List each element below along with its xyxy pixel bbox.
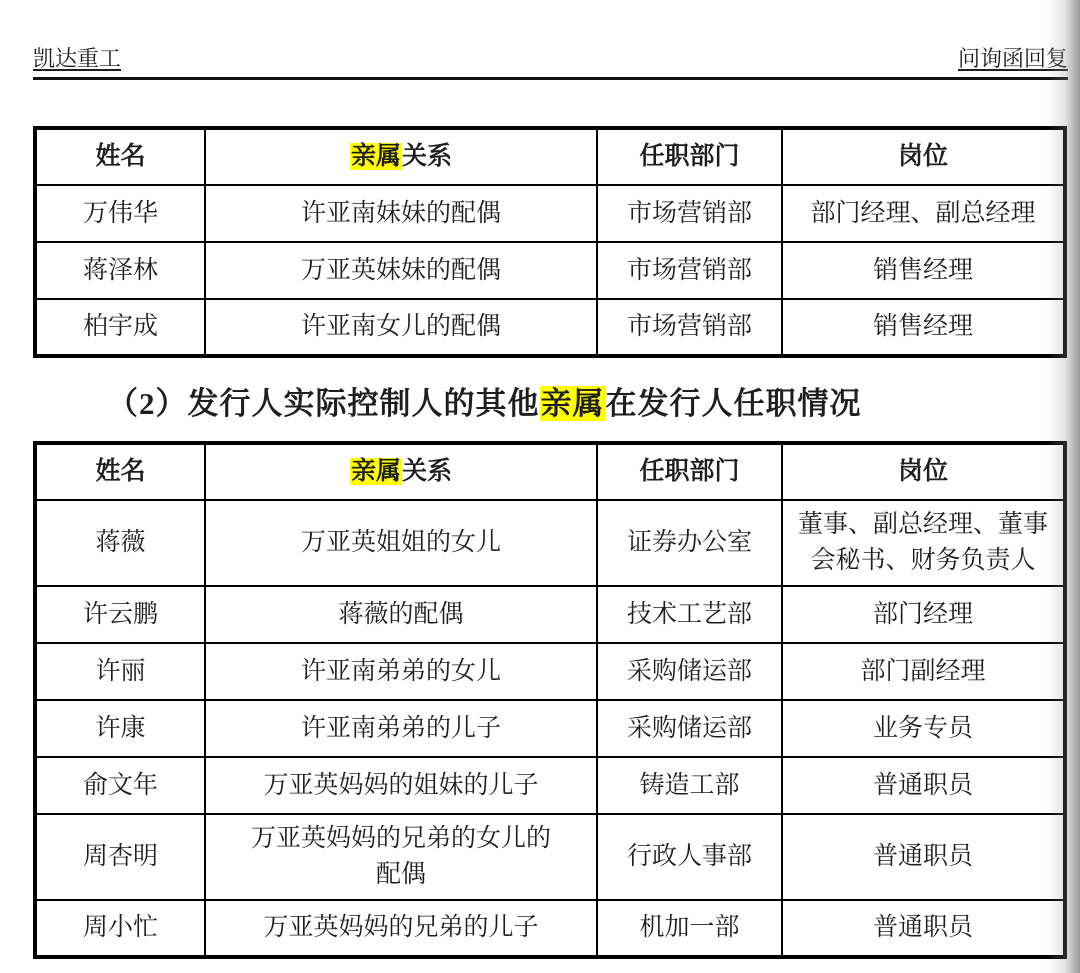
table-row: 万伟华 许亚南妹妹的配偶 市场营销部 部门经理、副总经理 xyxy=(35,185,1065,242)
highlight-relation: 亲属 xyxy=(540,386,606,421)
col-header-relation-rest: 关系 xyxy=(402,458,452,485)
highlight-relation: 亲属 xyxy=(350,143,402,170)
cell-relation: 万亚英妈妈的兄弟的儿子 xyxy=(205,900,597,957)
cell-dept: 技术工艺部 xyxy=(597,586,782,643)
table-row: 许康 许亚南弟弟的儿子 采购储运部 业务专员 xyxy=(35,700,1065,757)
table1-header-row: 姓名 亲属关系 任职部门 岗位 xyxy=(35,128,1065,185)
cell-dept: 采购储运部 xyxy=(597,643,782,700)
cell-dept: 采购储运部 xyxy=(597,700,782,757)
table-row: 蒋薇 万亚英姐姐的女儿 证券办公室 董事、副总经理、董事会秘书、财务负责人 xyxy=(35,500,1065,586)
cell-dept: 机加一部 xyxy=(597,900,782,957)
cell-post: 销售经理 xyxy=(782,299,1065,356)
col-header-relation-rest: 关系 xyxy=(402,143,452,170)
cell-relation: 万亚英妈妈的姐妹的儿子 xyxy=(205,757,597,814)
cell-relation: 万亚英妹妹的配偶 xyxy=(205,242,597,299)
cell-name: 许康 xyxy=(35,700,205,757)
cell-relation: 蒋薇的配偶 xyxy=(205,586,597,643)
relatives-table-2: 姓名 亲属关系 任职部门 岗位 蒋薇 万亚英姐姐的女儿 证券办公室 董事、副总经… xyxy=(33,441,1067,959)
header-doc-type: 问询函回复 xyxy=(958,42,1068,73)
table2-header-row: 姓名 亲属关系 任职部门 岗位 xyxy=(35,443,1065,500)
cell-relation: 万亚英妈妈的兄弟的女儿的配偶 xyxy=(205,814,597,900)
col-header-post: 岗位 xyxy=(782,443,1065,500)
cell-post: 部门经理、副总经理 xyxy=(782,185,1065,242)
col-header-relation: 亲属关系 xyxy=(205,443,597,500)
table-row: 许云鹏 蒋薇的配偶 技术工艺部 部门经理 xyxy=(35,586,1065,643)
col-header-name: 姓名 xyxy=(35,443,205,500)
col-header-post: 岗位 xyxy=(782,128,1065,185)
col-header-relation: 亲属关系 xyxy=(205,128,597,185)
cell-name: 许丽 xyxy=(35,643,205,700)
cell-post: 部门副经理 xyxy=(782,643,1065,700)
cell-relation: 许亚南女儿的配偶 xyxy=(205,299,597,356)
cell-relation: 万亚英姐姐的女儿 xyxy=(205,500,597,586)
cell-name: 蒋泽林 xyxy=(35,242,205,299)
cell-dept: 铸造工部 xyxy=(597,757,782,814)
cell-name: 周杏明 xyxy=(35,814,205,900)
section-heading-post: 在发行人任职情况 xyxy=(606,386,862,421)
table-row: 周小忙 万亚英妈妈的兄弟的儿子 机加一部 普通职员 xyxy=(35,900,1065,957)
cell-name: 周小忙 xyxy=(35,900,205,957)
table-row: 俞文年 万亚英妈妈的姐妹的儿子 铸造工部 普通职员 xyxy=(35,757,1065,814)
cell-relation: 许亚南妹妹的配偶 xyxy=(205,185,597,242)
cell-post: 董事、副总经理、董事会秘书、财务负责人 xyxy=(782,500,1065,586)
cell-dept: 市场营销部 xyxy=(597,185,782,242)
cell-post: 部门经理 xyxy=(782,586,1065,643)
cell-post: 业务专员 xyxy=(782,700,1065,757)
cell-relation: 许亚南弟弟的女儿 xyxy=(205,643,597,700)
col-header-name: 姓名 xyxy=(35,128,205,185)
table-row: 许丽 许亚南弟弟的女儿 采购储运部 部门副经理 xyxy=(35,643,1065,700)
table-row: 周杏明 万亚英妈妈的兄弟的女儿的配偶 行政人事部 普通职员 xyxy=(35,814,1065,900)
page-header: 凯达重工 问询函回复 xyxy=(33,42,1068,80)
header-company: 凯达重工 xyxy=(33,42,121,73)
cell-dept: 市场营销部 xyxy=(597,242,782,299)
cell-dept: 证券办公室 xyxy=(597,500,782,586)
cell-name: 柏宇成 xyxy=(35,299,205,356)
cell-post: 普通职员 xyxy=(782,757,1065,814)
section-heading-pre: （2）发行人实际控制人的其他 xyxy=(107,386,540,421)
section-heading: （2）发行人实际控制人的其他亲属在发行人任职情况 xyxy=(107,378,862,423)
cell-relation: 许亚南弟弟的儿子 xyxy=(205,700,597,757)
cell-name: 万伟华 xyxy=(35,185,205,242)
cell-name: 俞文年 xyxy=(35,757,205,814)
table-row: 蒋泽林 万亚英妹妹的配偶 市场营销部 销售经理 xyxy=(35,242,1065,299)
cell-dept: 市场营销部 xyxy=(597,299,782,356)
highlight-relation: 亲属 xyxy=(350,458,402,485)
cell-post: 销售经理 xyxy=(782,242,1065,299)
relatives-table-1: 姓名 亲属关系 任职部门 岗位 万伟华 许亚南妹妹的配偶 市场营销部 部门经理、… xyxy=(33,126,1067,358)
cell-post: 普通职员 xyxy=(782,900,1065,957)
cell-post: 普通职员 xyxy=(782,814,1065,900)
cell-name: 许云鹏 xyxy=(35,586,205,643)
document-page: 凯达重工 问询函回复 姓名 亲属关系 任职部门 岗位 万伟华 许亚南妹妹的配偶 … xyxy=(0,0,1080,973)
cell-name: 蒋薇 xyxy=(35,500,205,586)
col-header-dept: 任职部门 xyxy=(597,128,782,185)
cell-dept: 行政人事部 xyxy=(597,814,782,900)
col-header-dept: 任职部门 xyxy=(597,443,782,500)
table-row: 柏宇成 许亚南女儿的配偶 市场营销部 销售经理 xyxy=(35,299,1065,356)
